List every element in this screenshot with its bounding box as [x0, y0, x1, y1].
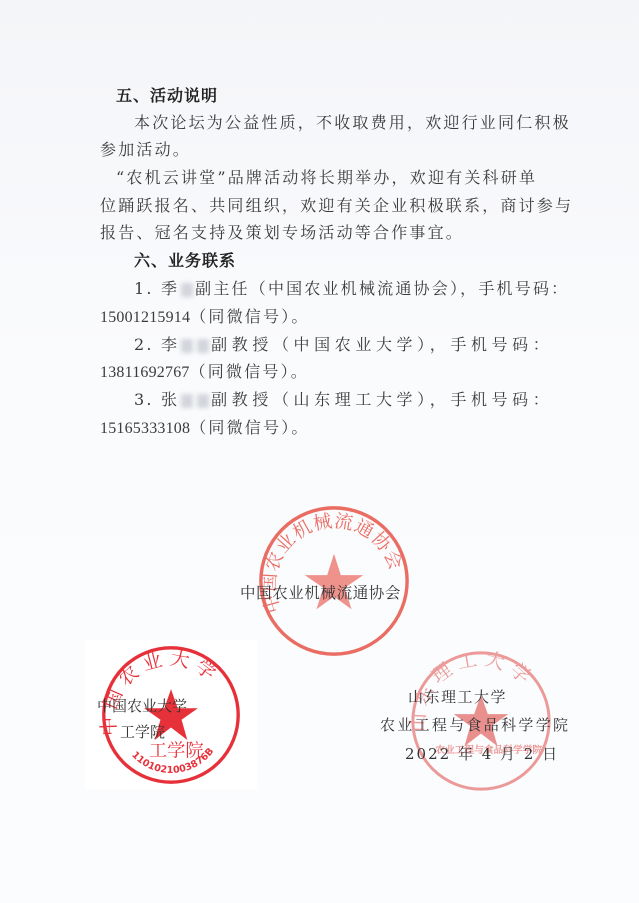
paragraph-line: 报告、冠名支持及策划专场活动等合作事宜。 [100, 223, 464, 243]
section-heading-activity: 五、活动说明 [116, 86, 218, 106]
signature-camda: 中国农业机械流通协会 [240, 584, 401, 602]
signature-date: 2022 年 4 月 2 日 [405, 745, 559, 763]
redacted-name [181, 339, 193, 353]
contact-line: 3. 张副教授（山东理工大学），手机号码： [134, 390, 553, 410]
stamp-cau: 中国农业大学 1101021003876B 工学院 [98, 643, 244, 787]
contact-suffix: （同微信号）。 [190, 362, 309, 381]
contact-title: 副教授（山东理工大学），手机号码： [211, 390, 553, 409]
contact-phone-line: 15001215914（同微信号）。 [100, 307, 310, 328]
redacted-name [197, 339, 209, 353]
contact-suffix: （同微信号）。 [190, 418, 309, 437]
paragraph-line: 本次论坛为公益性质，不收取费用，欢迎行业同仁积极 [134, 113, 571, 133]
contact-phone: 15001215914 [100, 309, 190, 326]
contact-phone-line: 13811692767（同微信号）。 [100, 362, 309, 383]
contact-phone: 13811692767 [100, 364, 190, 381]
stamp-camda: 中国农业机械流通协会 [255, 503, 413, 659]
document-page: 五、活动说明 本次论坛为公益性质，不收取费用，欢迎行业同仁积极 参加活动。 “农… [0, 0, 639, 903]
paragraph-line: 位踊跃报名、共同组织，欢迎有关企业积极联系，商讨参与 [100, 196, 573, 216]
contact-line: 2. 李副教授（中国农业大学），手机号码： [134, 335, 553, 355]
contact-phone: 15165333108 [100, 420, 190, 437]
redacted-name [181, 283, 193, 297]
signature-sdut-line2: 农业工程与食品科学学院 [380, 716, 570, 734]
contact-prefix: 1. 季 [134, 279, 179, 298]
contact-title: 副主任（中国农业机械流通协会），手机号码： [195, 279, 569, 298]
signature-cau-line1: 中国农业大学 [97, 697, 187, 715]
contact-prefix: 2. 李 [134, 335, 179, 354]
section-heading-contact: 六、业务联系 [134, 251, 236, 271]
contact-line: 1. 季副主任（中国农业机械流通协会），手机号码： [134, 279, 569, 299]
contact-prefix: 3. 张 [134, 390, 179, 409]
signature-sdut-line1: 山东理工大学 [408, 688, 507, 706]
contact-title: 副教授（中国农业大学），手机号码： [211, 335, 553, 354]
svg-text:工学院: 工学院 [149, 740, 204, 761]
contact-phone-line: 15165333108（同微信号）。 [100, 418, 310, 439]
paragraph-line: “农机云讲堂”品牌活动将长期举办，欢迎有关科研单 [116, 168, 537, 188]
redacted-name [197, 394, 209, 408]
contact-suffix: （同微信号）。 [190, 307, 309, 326]
signature-cau-line2: 工学院 [120, 723, 165, 741]
redacted-name [181, 394, 193, 408]
paragraph-line: 参加活动。 [100, 140, 191, 160]
